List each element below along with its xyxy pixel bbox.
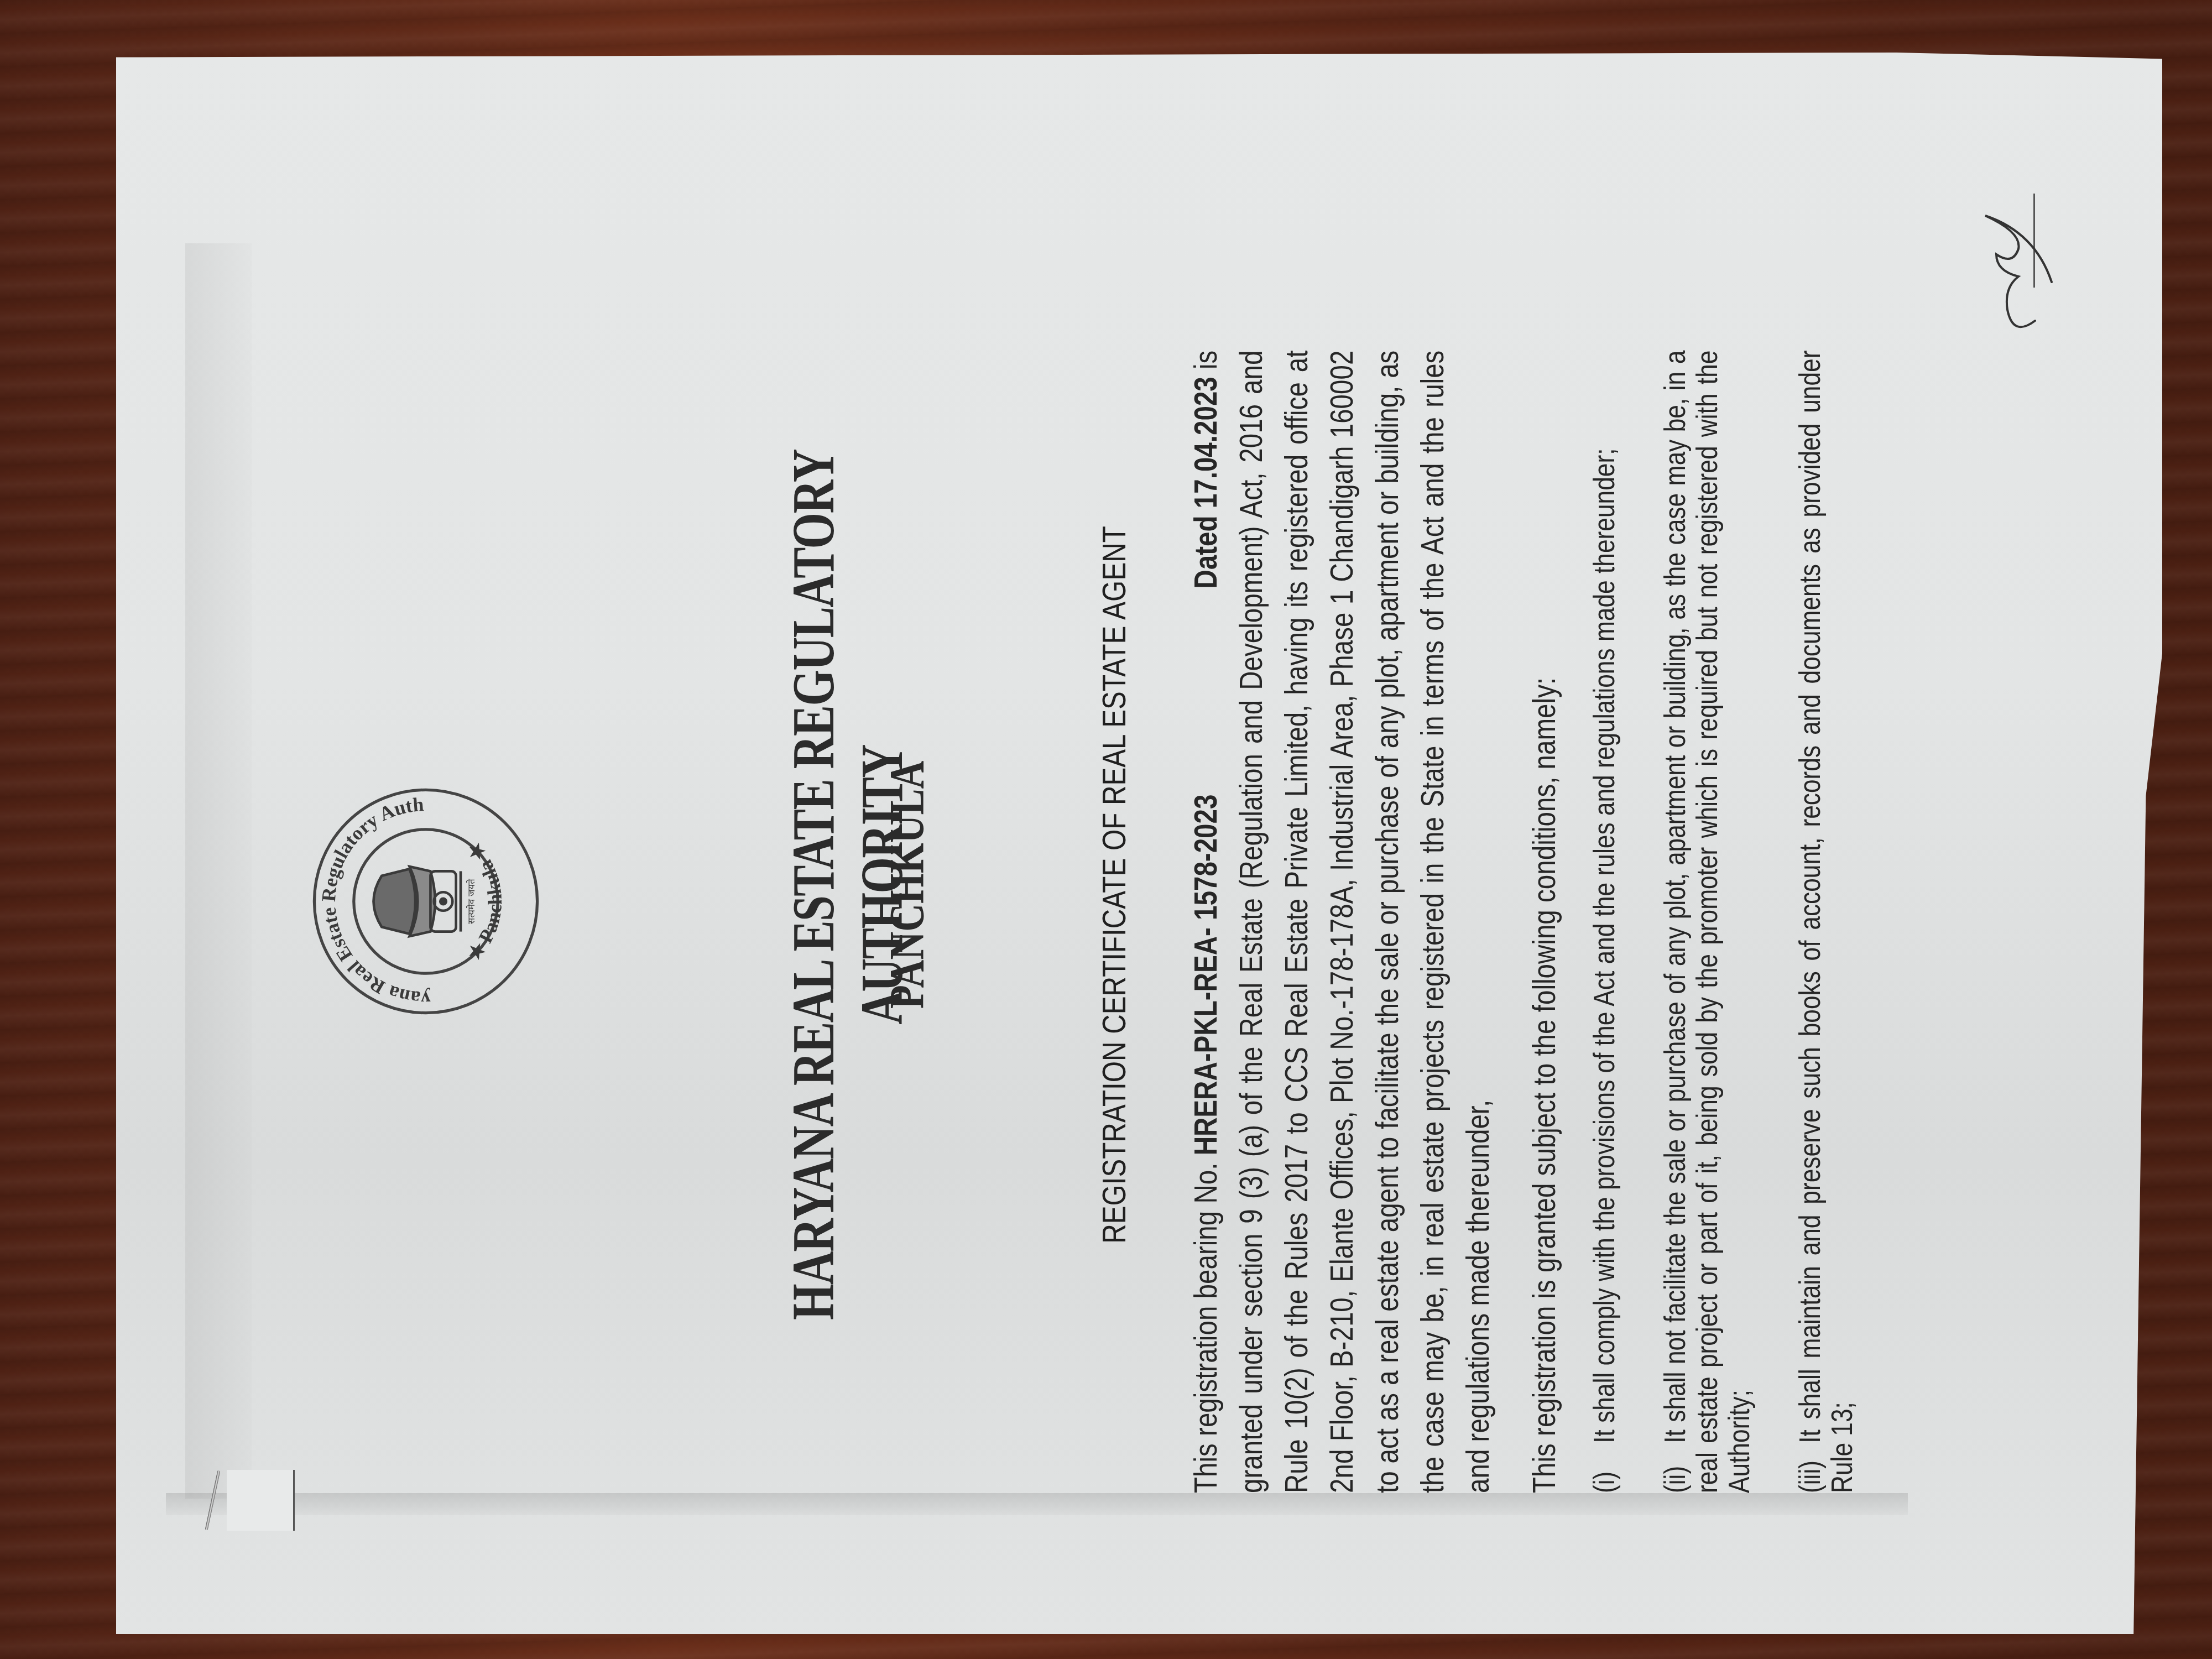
- registration-intro: This registration bearing No. HRERA-PKL-…: [1183, 795, 1229, 1493]
- registration-dated-label: Dated: [1188, 515, 1224, 588]
- registration-date-group: Dated 17.04.2023 is: [1183, 351, 1229, 589]
- conditions-intro: This registration is granted subject to …: [1522, 351, 1567, 1493]
- condition-number: (i): [1588, 1443, 1620, 1493]
- condition-text: It shall not facilitate the sale or purc…: [1658, 351, 1756, 1493]
- condition-text: It shall maintain and preserve such book…: [1793, 351, 1859, 1493]
- condition-item: (ii)It shall not facilitate the sale or …: [1659, 351, 1755, 1493]
- authority-location: PANCHKULA: [879, 310, 935, 1460]
- condition-text: It shall comply with the provisions of t…: [1588, 448, 1621, 1443]
- certificate-body: This registration bearing No. HRERA-PKL-…: [1183, 351, 1897, 1493]
- registration-date-suffix: is: [1188, 351, 1224, 369]
- registration-number: HRERA-PKL-REA- 1578-2023: [1188, 795, 1224, 1156]
- condition-number: (iii): [1794, 1443, 1826, 1493]
- certificate-page: Haryana Real Estate Regulatory Authority…: [194, 166, 2129, 1604]
- signature-icon: [1952, 177, 2063, 343]
- condition-number: (ii): [1659, 1443, 1691, 1493]
- condition-item: (iii)It shall maintain and preserve such…: [1794, 351, 1858, 1493]
- registration-line: This registration bearing No. HRERA-PKL-…: [1183, 351, 1229, 1493]
- svg-text:सत्यमेव जयते: सत्यमेव जयते: [466, 879, 477, 924]
- registration-date: 17.04.2023: [1188, 377, 1224, 508]
- condition-item: (i)It shall comply with the provisions o…: [1588, 351, 1620, 1493]
- main-paragraph: granted under section 9 (3) (a) of the R…: [1229, 351, 1501, 1493]
- certificate-heading: REGISTRATION CERTIFICATE OF REAL ESTATE …: [1095, 295, 1133, 1474]
- authority-seal-icon: Haryana Real Estate Regulatory Authority…: [310, 785, 542, 1018]
